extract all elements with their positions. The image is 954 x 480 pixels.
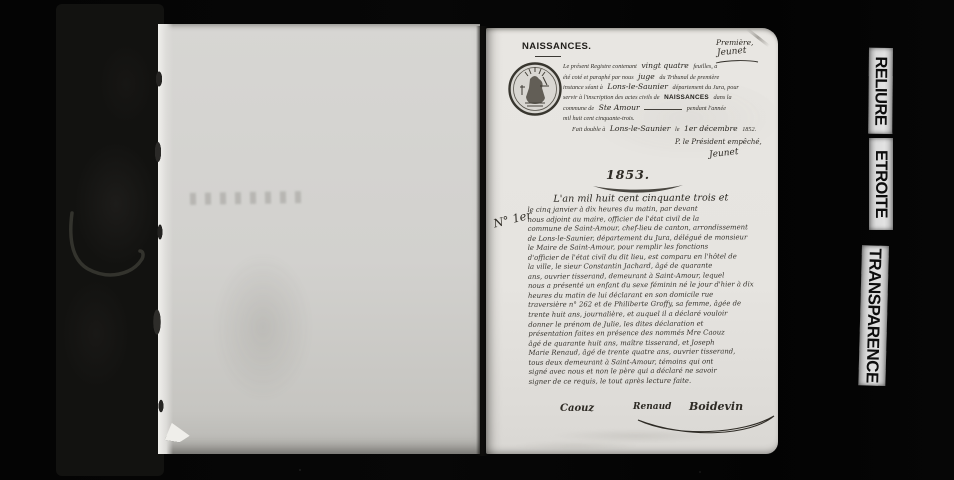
signature: Renaud [633,402,671,412]
act-line: signer de ce requis, le tout après lectu… [529,376,779,387]
handwritten-fill: Lons-le-Saunier [610,124,671,133]
preamble-line: commune de Ste Amour pendant l'année [563,103,779,114]
ink-bleedthrough-smudge [213,252,313,402]
printed-bold-text: NAISSANCES [664,94,709,101]
president-signature: Jeunet [709,144,770,160]
handwritten-fill: juge [638,72,655,81]
printed-text: Fait double à [572,126,605,133]
printed-text: département du Jura, pour [673,84,739,91]
handwritten-fill: vingt quatre [641,61,688,70]
printed-text: instance séant à [563,84,603,91]
act-body: L'an mil huit cent cinquante trois et le… [527,191,778,387]
signature: Caouz [560,403,594,414]
preamble-date-line: Fait double à Lons-le-Saunier le 1er déc… [572,124,779,135]
printed-text: du Tribunal de première [659,74,719,81]
handwritten-fill: 1er décembre [684,124,738,133]
page-edge-wear [150,24,172,454]
archival-label-transparence: TRANSPARENCE [858,245,889,386]
preamble-line: mil huit cent cinquante-trois. [563,114,779,124]
blank-fill-line [644,104,682,110]
archival-label-etroite: ETROITE [869,138,893,230]
page-title: NAISSANCES. [522,41,591,52]
preamble-line: servir à l'inscription des actes civils … [563,93,779,103]
archival-label-reliure: RELIURE [868,48,893,134]
register-page: NAISSANCES. Première, Jeunet Le présent … [486,28,778,454]
printed-text: pendant l'année [687,105,726,112]
printed-text: dans la [714,94,732,101]
printed-text: mil huit cent cinquante-trois. [563,115,635,122]
series-signature: Jeunet [717,46,747,59]
printed-text: feuilles, a [693,63,717,70]
preamble-line: été coté et paraphé par nous juge du Tri… [563,72,779,83]
preamble-line: instance séant à Lons-le-Saunier départe… [563,82,779,93]
official-seal-icon [507,61,563,117]
title-underline [535,56,561,57]
handwritten-fill: Ste Amour [599,103,640,112]
act-year-heading: 1853. [606,167,650,182]
printed-text: servir à l'inscription des actes civils … [563,94,660,101]
printed-text: 1852. [742,126,756,133]
preamble-line: Le présent Registre contenant vingt quat… [563,61,779,72]
bookmark-ribbon-icon [58,205,164,323]
scanned-register-photograph: NAISSANCES. Première, Jeunet Le présent … [0,0,954,480]
ink-bleedthrough-smudge [190,191,302,205]
printed-text: commune de [563,105,594,112]
handwritten-fill: Lons-le-Saunier [607,82,668,91]
signature-flourish-icon [632,412,780,440]
printed-text: le [675,126,679,133]
printed-text: Le présent Registre contenant [563,63,637,70]
blank-left-page [158,24,480,454]
register-preamble: Le présent Registre contenant vingt quat… [563,61,779,157]
printed-text: été coté et paraphé par nous [563,74,634,81]
